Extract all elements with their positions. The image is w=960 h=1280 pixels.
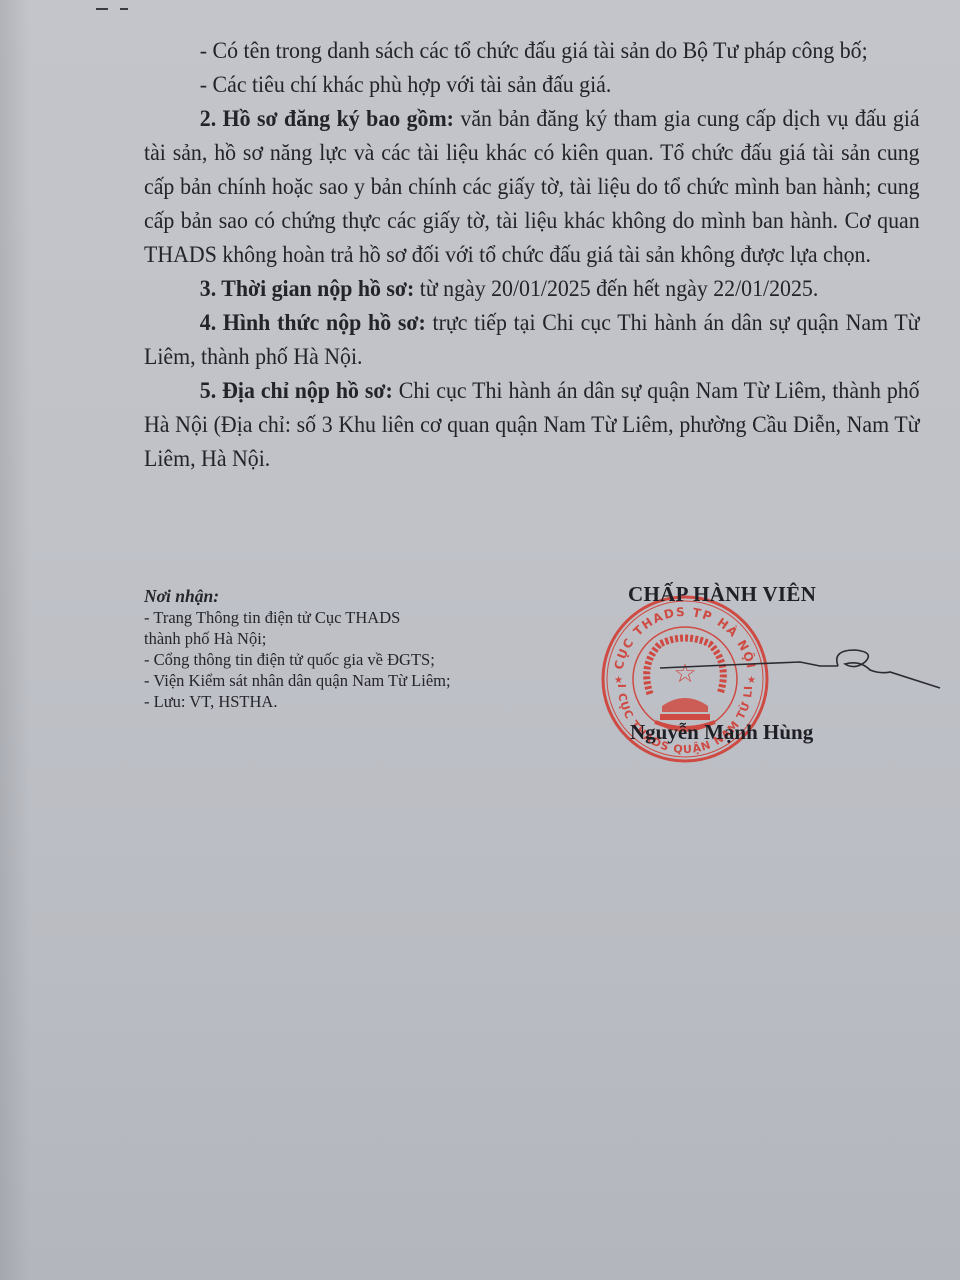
paragraph-section-2: 2. Hồ sơ đăng ký bao gồm: văn bản đăng k… [144, 102, 920, 272]
recipient-item: - Cổng thông tin điện tử quốc gia về ĐGT… [144, 649, 451, 670]
paragraph-section-4: 4. Hình thức nộp hồ sơ: trực tiếp tại Ch… [144, 306, 920, 374]
paragraph-heading: 5. Địa chỉ nộp hồ sơ: [200, 378, 393, 404]
recipients-block: Nơi nhận: - Trang Thông tin điện tử Cục … [144, 586, 451, 712]
signature-block: CHẤP HÀNH VIÊN CỤC THADS TP HÀ NỘI CHI C… [600, 580, 940, 760]
scan-marks [96, 8, 136, 12]
handwritten-signature-icon [660, 640, 950, 700]
paragraph-text: - Có tên trong danh sách các tổ chức đấu… [200, 38, 868, 64]
paragraph-section-5: 5. Địa chỉ nộp hồ sơ: Chi cục Thi hành á… [144, 374, 920, 476]
paragraph-heading: 3. Thời gian nộp hồ sơ: [200, 276, 415, 302]
signer-title: CHẤP HÀNH VIÊN [628, 582, 816, 607]
signer-name: Nguyễn Mạnh Hùng [630, 720, 813, 745]
document-body: - Có tên trong danh sách các tổ chức đấu… [144, 34, 920, 476]
recipient-item: - Trang Thông tin điện tử Cục THADS [144, 607, 451, 628]
paragraph-section-3: 3. Thời gian nộp hồ sơ: từ ngày 20/01/20… [144, 272, 920, 306]
paragraph-text: - Các tiêu chí khác phù hợp với tài sản … [200, 72, 612, 98]
page-edge-shadow [0, 0, 30, 1280]
paragraph-heading: 2. Hồ sơ đăng ký bao gồm: [200, 106, 454, 132]
recipient-item: - Viện Kiểm sát nhân dân quận Nam Từ Liê… [144, 670, 451, 691]
recipients-title: Nơi nhận: [144, 586, 451, 607]
paragraph-text: từ ngày 20/01/2025 đến hết ngày 22/01/20… [414, 276, 818, 302]
recipient-item: thành phố Hà Nội; [144, 628, 451, 649]
svg-text:★: ★ [614, 675, 623, 686]
recipient-item: - Lưu: VT, HSTHA. [144, 691, 451, 712]
paragraph-criteria-2: - Các tiêu chí khác phù hợp với tài sản … [144, 68, 920, 102]
paragraph-criteria-1: - Có tên trong danh sách các tổ chức đấu… [144, 34, 920, 68]
paragraph-heading: 4. Hình thức nộp hồ sơ: [200, 310, 426, 336]
